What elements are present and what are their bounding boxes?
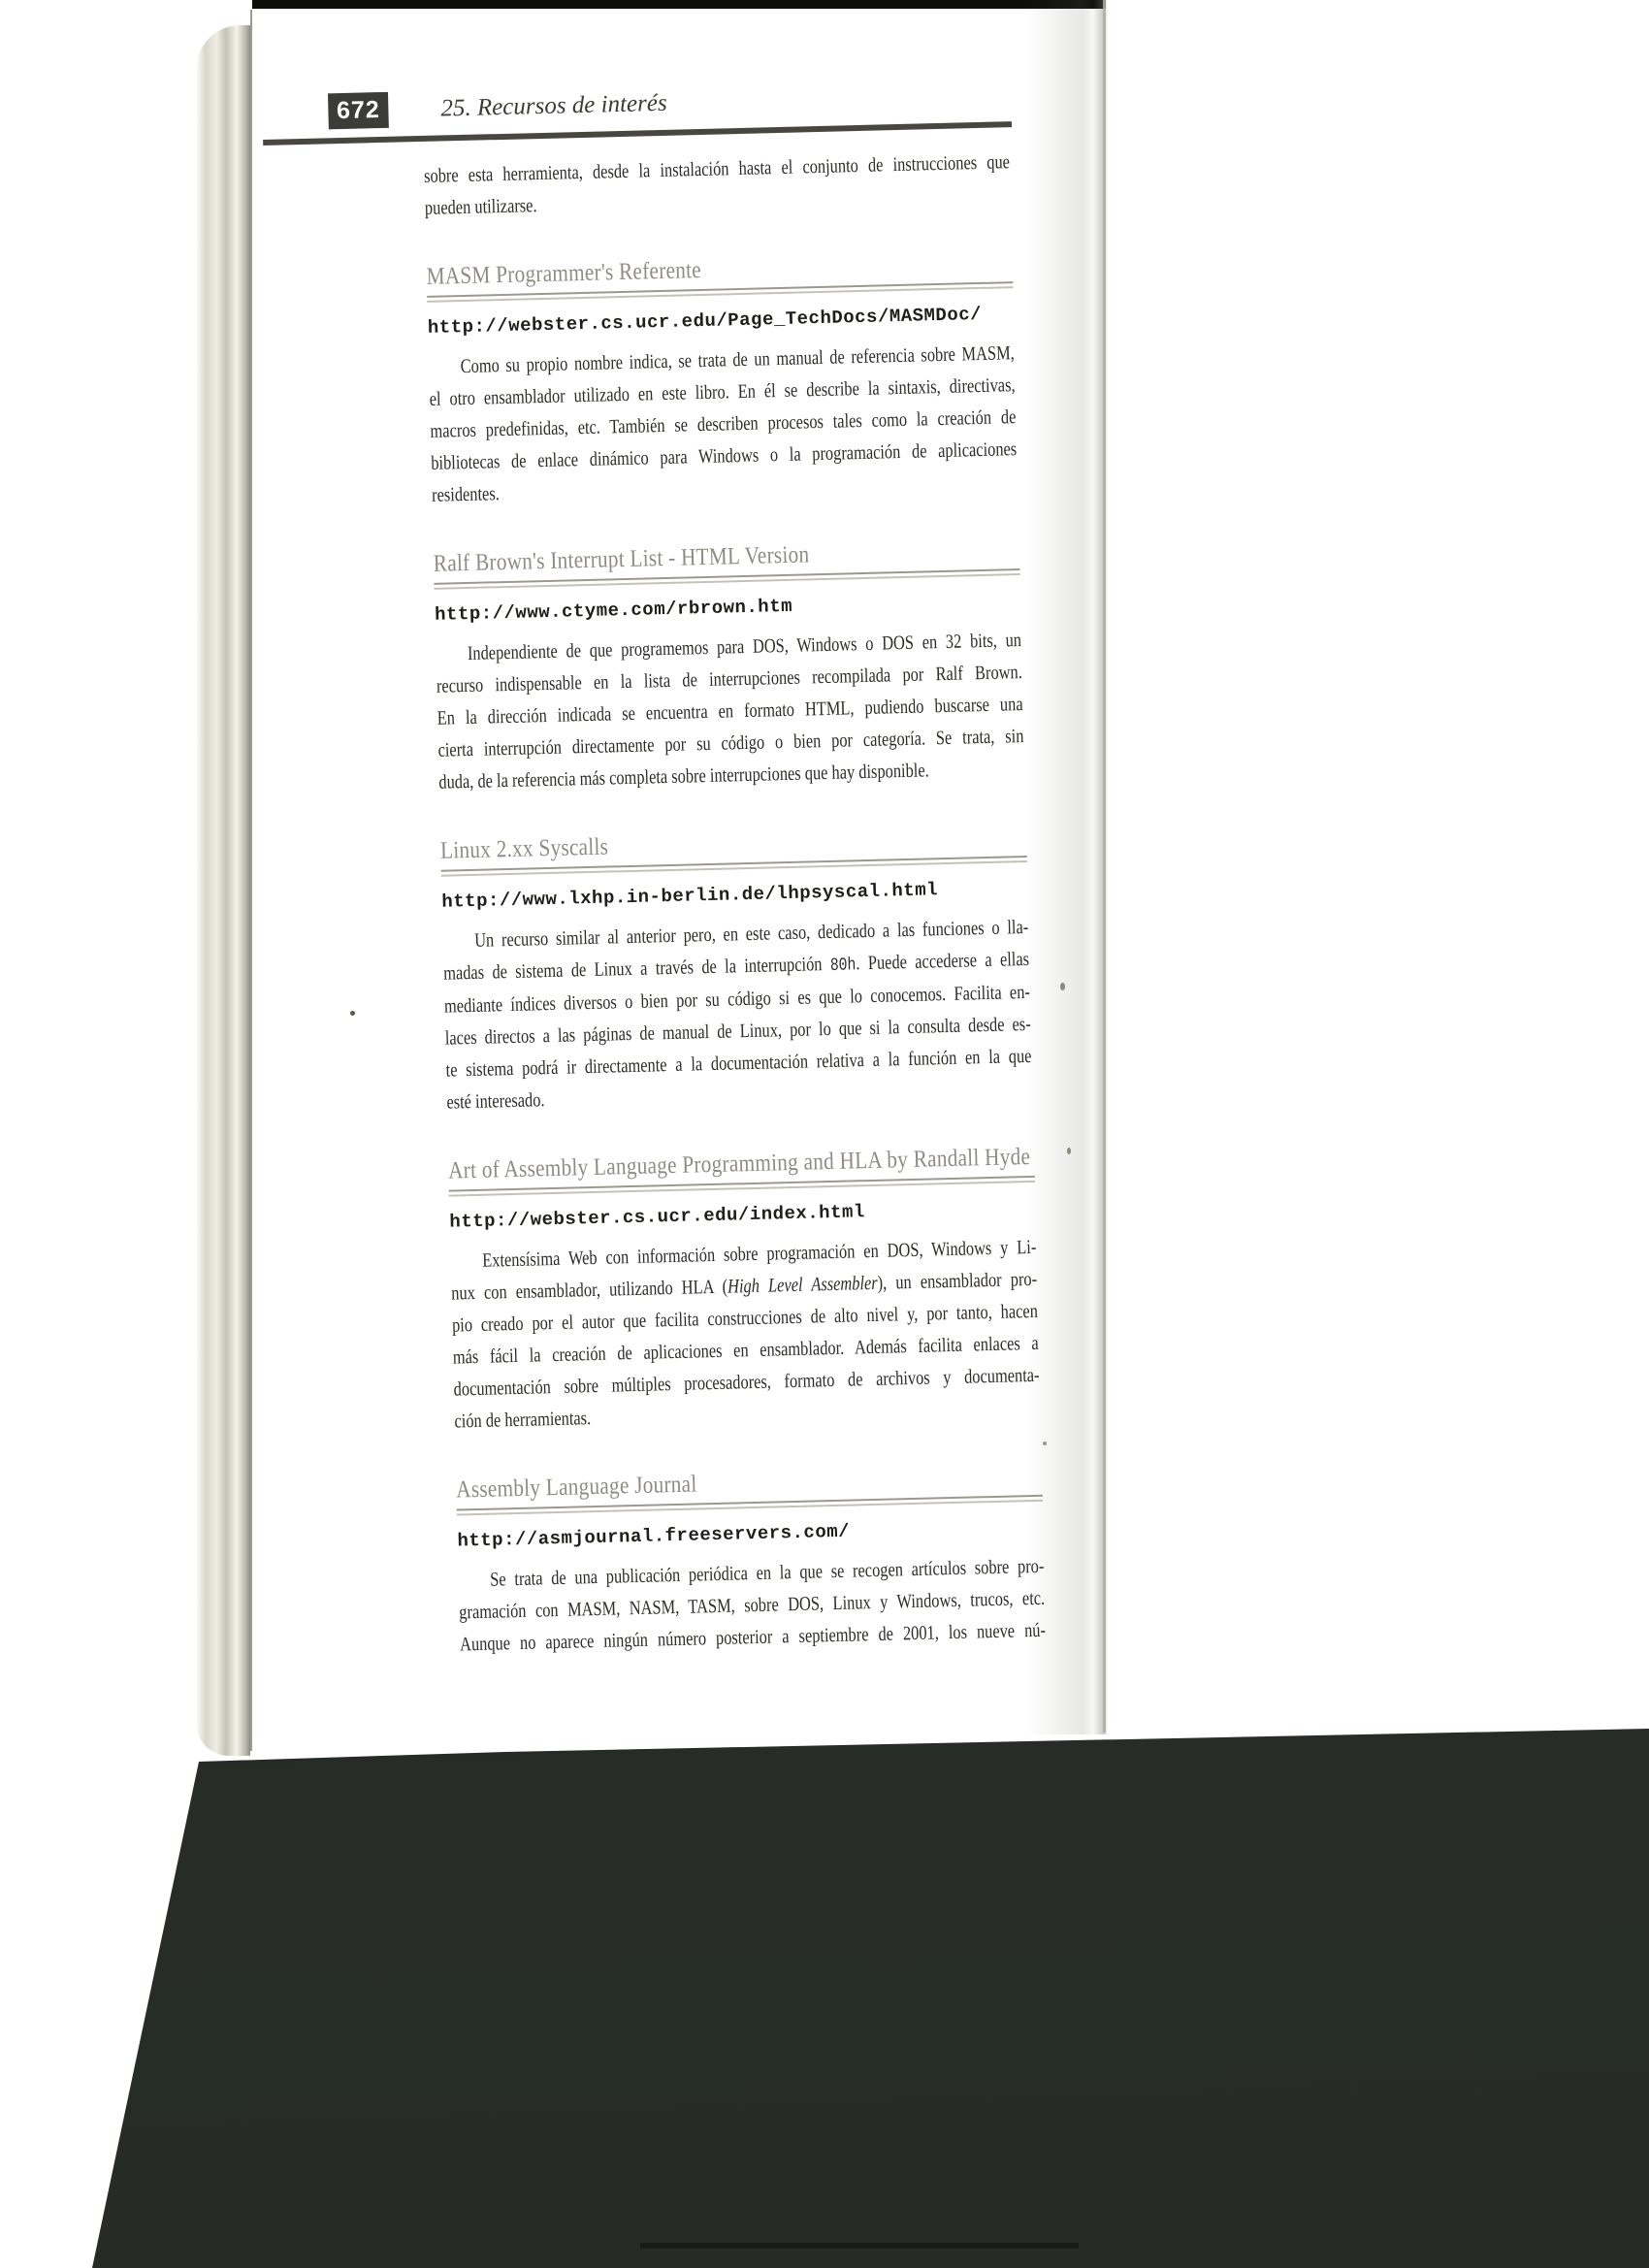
section-paragraph: Independiente de que programemos para DO… — [436, 625, 1025, 799]
page-right-edge-line — [1103, 0, 1106, 1733]
page-left-edge-line — [250, 10, 252, 1751]
resource-section: Art of Assembly Language Programming and… — [448, 1144, 1041, 1439]
section-paragraph: Un recurso similar al anterior pero, en … — [442, 912, 1033, 1119]
section-heading: Ralf Brown's Interrupt List - HTML Versi… — [434, 536, 1020, 585]
section-url: http://asmjournal.freeservers.com/ — [457, 1516, 1043, 1552]
resource-sections: MASM Programmer's Referente http://webst… — [426, 249, 1046, 1661]
text-column: sobre esta herramienta, desde la instala… — [424, 146, 1047, 1661]
intro-paragraph: sobre esta herramienta, desde la instala… — [424, 146, 1011, 225]
resource-section: MASM Programmer's Referente http://webst… — [426, 249, 1018, 512]
section-heading: Linux 2.xx Syscalls — [440, 824, 1027, 872]
page-stack-edge — [196, 25, 250, 1756]
section-url: http://www.ctyme.com/rbrown.htm — [435, 590, 1020, 626]
scan-bottom-shadow-line — [640, 2243, 1079, 2249]
section-url: http://webster.cs.ucr.edu/Page_TechDocs/… — [428, 303, 1014, 339]
page-content: 672 25. Recursos de interés sobre esta h… — [262, 77, 1049, 1665]
resource-section: Ralf Brown's Interrupt List - HTML Versi… — [434, 536, 1025, 799]
resource-section: Linux 2.xx Syscalls http://www.lxhp.in-b… — [440, 824, 1033, 1119]
resource-section: Assembly Language Journal http://asmjour… — [456, 1463, 1046, 1662]
section-heading: Assembly Language Journal — [456, 1463, 1043, 1511]
page-number-box: 672 — [328, 92, 389, 130]
section-paragraph: Se trata de una publicación periódica en… — [458, 1551, 1046, 1662]
section-heading: Art of Assembly Language Programming and… — [448, 1144, 1035, 1192]
section-url: http://webster.cs.ucr.edu/index.html — [449, 1197, 1035, 1233]
section-url: http://www.lxhp.in-berlin.de/lhpsyscal.h… — [441, 877, 1027, 913]
page-header: 672 25. Recursos de interés — [262, 77, 1012, 131]
section-paragraph: Extensísima Web con información sobre pr… — [450, 1232, 1041, 1439]
scanner-lid-dark-area — [0, 1717, 1649, 2268]
scan-speck — [1067, 1148, 1071, 1154]
section-heading: MASM Programmer's Referente — [426, 249, 1013, 298]
scanned-book-page: 672 25. Recursos de interés sobre esta h… — [0, 0, 1649, 2268]
section-paragraph: Como su propio nombre indica, se trata d… — [429, 338, 1018, 512]
scan-top-dark-strip — [252, 0, 1106, 9]
scan-speck — [1060, 983, 1065, 990]
chapter-title: 25. Recursos de interés — [440, 89, 667, 122]
